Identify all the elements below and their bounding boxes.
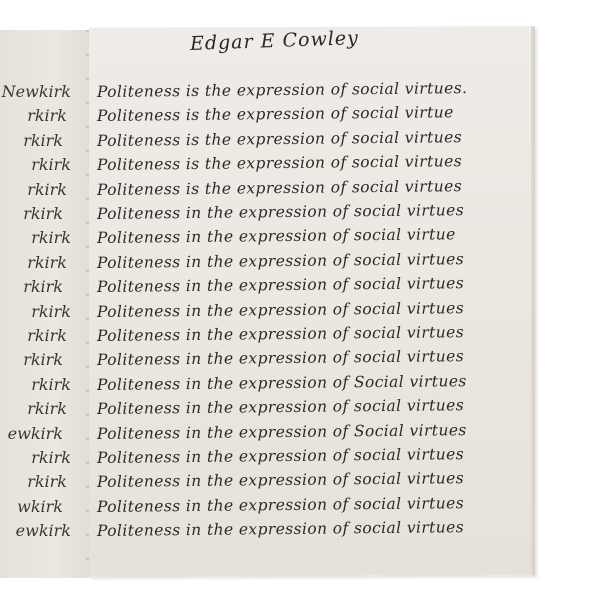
left-page-handwritten-line: rkirk [27,399,67,418]
left-page-handwritten-line: Newkirk [2,82,71,101]
left-page-handwritten-line: rkirk [27,326,67,345]
handwritten-line: Politeness in the expression of social v… [97,445,464,467]
left-page-handwritten-line: wkirk [17,497,63,516]
left-page-handwritten-line: ewkirk [8,424,63,443]
handwritten-line: Politeness is the expression of social v… [97,79,468,101]
left-page-handwritten-line: rkirk [31,228,71,247]
handwritten-line: Politeness in the expression of social v… [97,323,464,345]
left-page-handwritten-line: rkirk [27,180,67,199]
handwritten-line: Politeness in the expression of social v… [97,201,464,223]
handwritten-line: Politeness in the expression of social v… [97,299,464,321]
left-page-handwritten-line: rkirk [23,204,63,223]
handwritten-line: Politeness is the expression of social v… [97,177,462,199]
left-page-handwritten-line: rkirk [23,131,63,150]
left-page-handwritten-line: rkirk [23,277,63,296]
left-page-handwritten-line: rkirk [31,375,71,394]
handwritten-line: Politeness is the expression of social v… [97,128,462,150]
left-page-handwritten-line: rkirk [27,253,67,272]
left-page-handwritten-line: rkirk [27,472,67,491]
handwritten-line: Politeness in the expression of Social v… [97,372,467,394]
left-page-handwritten-line: rkirk [31,302,71,321]
handwritten-line: Politeness in the expression of social v… [97,494,464,516]
handwritten-line: Politeness in the expression of social v… [97,250,464,272]
left-page-handwritten-line: rkirk [31,155,71,174]
handwritten-line: Politeness in the expression of Social v… [97,421,467,443]
left-page-handwritten-line: rkirk [23,350,63,369]
left-page-handwritten-line: rkirk [31,448,71,467]
left-page-handwritten-line: rkirk [27,106,67,125]
left-notebook-page: Newkirkrkirkrkirkrkirkrkirkrkirkrkirkrki… [0,30,89,578]
left-page-handwritten-line: ewkirk [16,521,71,540]
